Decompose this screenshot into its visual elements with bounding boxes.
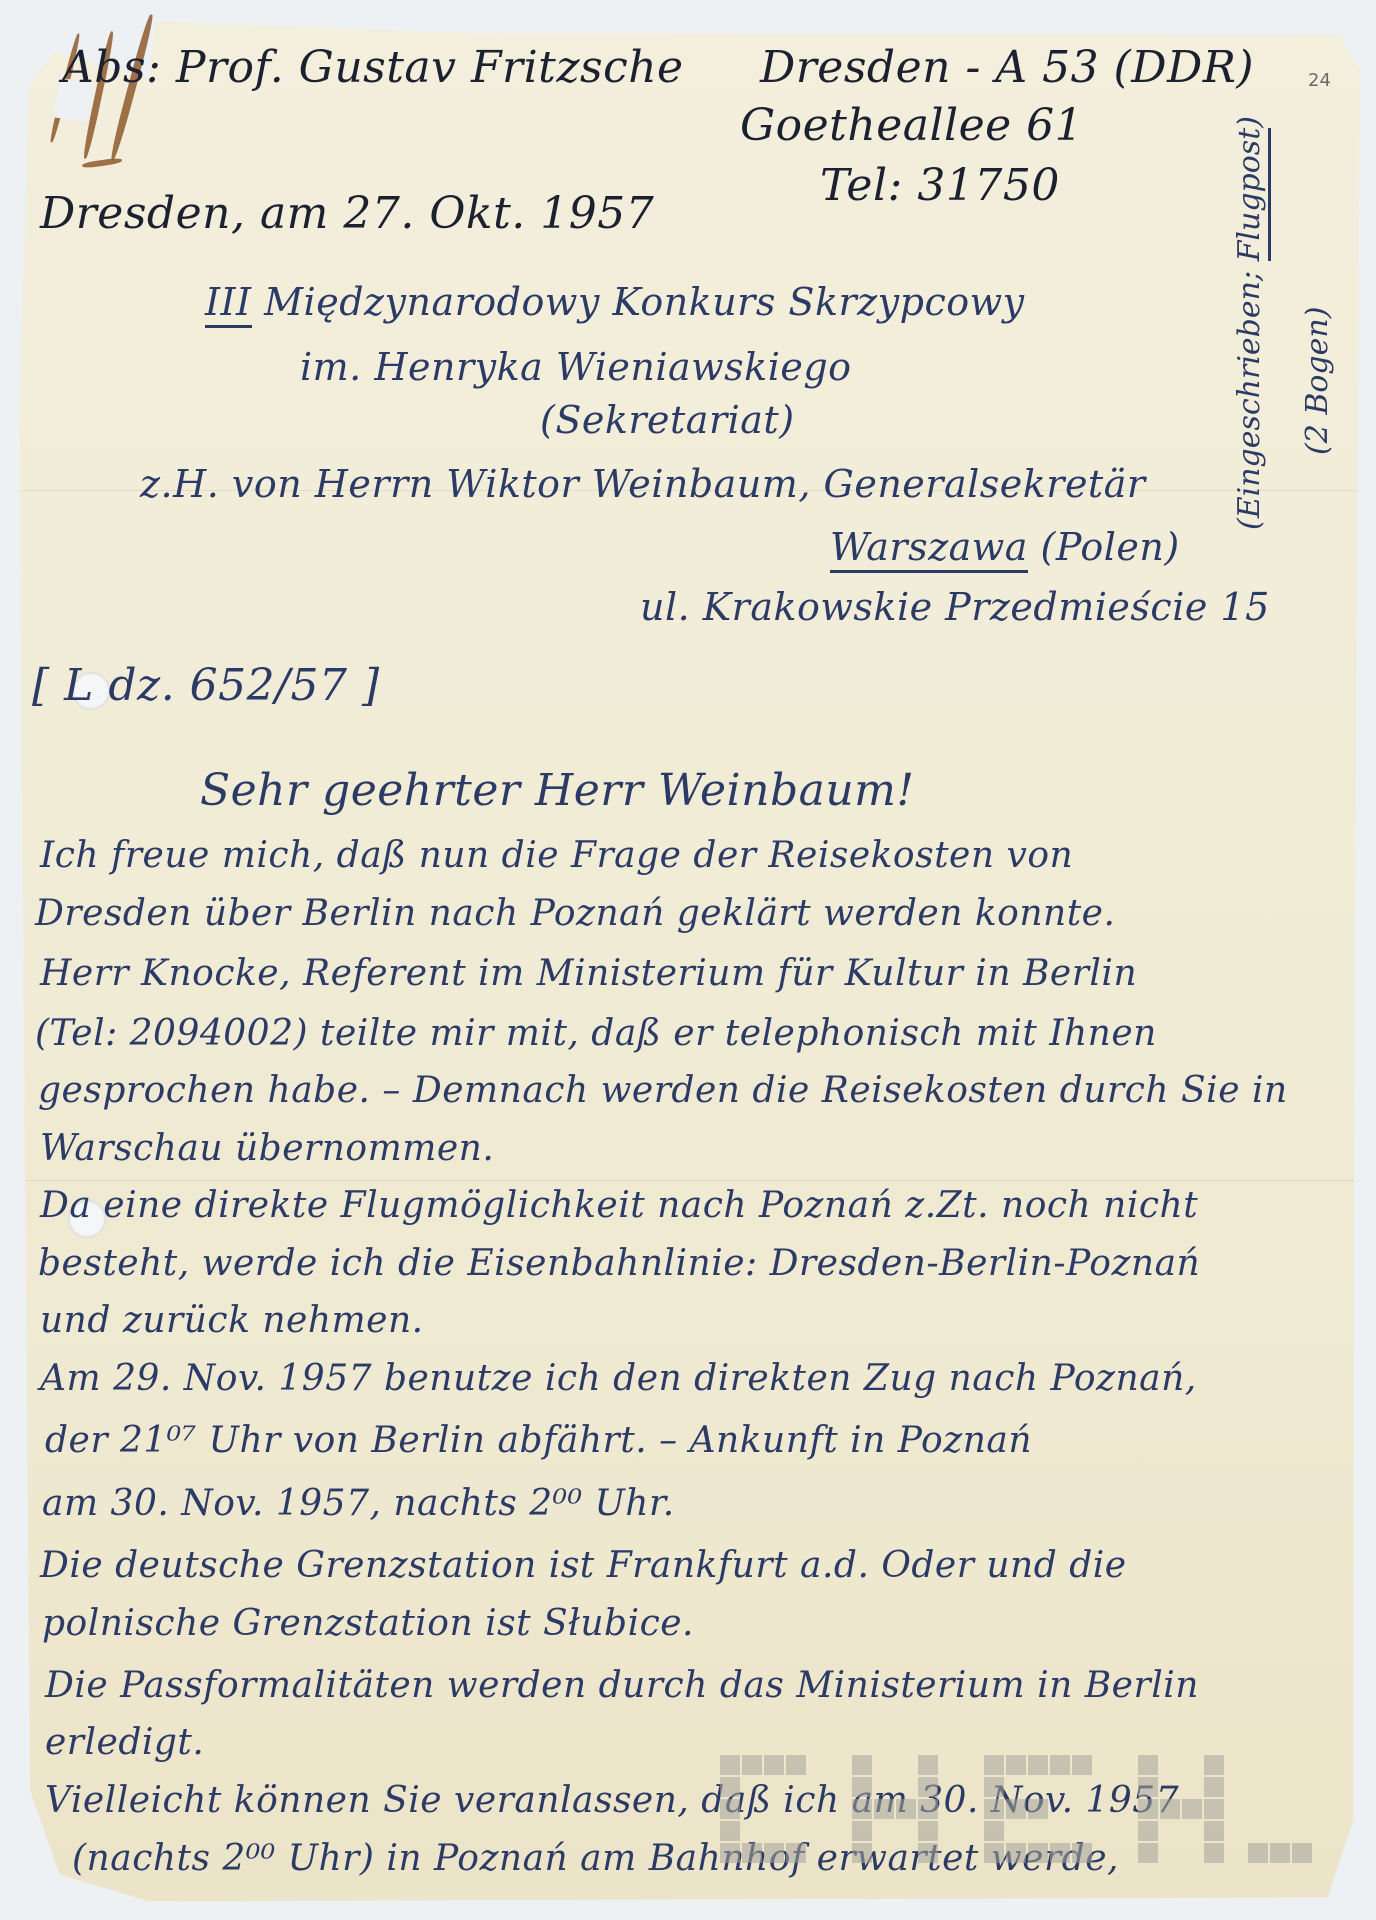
margin-note-sheets: (2 Bogen): [1300, 307, 1335, 455]
date-line: Dresden, am 27. Okt. 1957: [40, 188, 654, 239]
salutation: Sehr geehrter Herr Weinbaum!: [200, 765, 915, 816]
sender-name-line: Abs: Prof. Gustav Fritzsche: [62, 42, 684, 93]
recipient-city: Warszawa: [830, 525, 1028, 573]
body-line: polnische Grenzstation ist Słubice.: [42, 1603, 694, 1644]
sender-city: Dresden - A 53 (DDR): [760, 42, 1254, 93]
watermark-logo: [720, 1755, 1312, 1863]
recipient-line-1: III Międzynarodowy Konkurs Skrzypcowy: [205, 280, 1025, 324]
recipient-line-6: ul. Krakowskie Przedmieście 15: [640, 585, 1270, 629]
recipient-line-4: z.H. von Herrn Wiktor Weinbaum, Generals…: [140, 462, 1146, 506]
body-line: Die deutsche Grenzstation ist Frankfurt …: [40, 1545, 1127, 1586]
sender-name: Prof. Gustav Fritzsche: [176, 42, 684, 93]
recipient-line-2: im. Henryka Wieniawskiego: [300, 345, 852, 389]
body-line: Da eine direkte Flugmöglichkeit nach Poz…: [40, 1185, 1198, 1226]
recipient-country: (Polen): [1041, 525, 1180, 569]
paper-fold: [14, 1180, 1360, 1181]
recipient-line-5: Warszawa (Polen): [830, 525, 1180, 569]
body-line: am 30. Nov. 1957, nachts 2⁰⁰ Uhr.: [42, 1483, 675, 1524]
reference-number: [ L dz. 652/57 ]: [32, 660, 380, 711]
body-line: (Tel: 2094002) teilte mir mit, daß er te…: [35, 1013, 1157, 1054]
body-line: besteht, werde ich die Eisenbahnlinie: D…: [38, 1243, 1200, 1284]
body-line: der 21⁰⁷ Uhr von Berlin abfährt. – Ankun…: [45, 1420, 1032, 1461]
sender-street: Goetheallee 61: [740, 100, 1083, 151]
body-line: Am 29. Nov. 1957 benutze ich den direkte…: [40, 1358, 1197, 1399]
body-line: gesprochen habe. – Demnach werden die Re…: [38, 1070, 1288, 1111]
competition-name: Międzynarodowy Konkurs Skrzypcowy: [264, 280, 1024, 324]
edition-roman: III: [205, 280, 252, 328]
page-number-mark: 24: [1308, 70, 1331, 91]
margin-note-registered: (Eingeschrieben; Flugpost): [1232, 116, 1267, 530]
sender-phone: Tel: 31750: [820, 160, 1060, 211]
body-line: Herr Knocke, Referent im Ministerium für…: [40, 953, 1137, 994]
body-line: und zurück nehmen.: [40, 1300, 424, 1341]
recipient-line-3: (Sekretariat): [540, 398, 795, 442]
body-line: Die Passformalitäten werden durch das Mi…: [45, 1665, 1199, 1706]
body-line: Dresden über Berlin nach Poznań geklärt …: [35, 893, 1115, 934]
sender-label: Abs:: [62, 42, 161, 93]
body-line: Warschau übernommen.: [40, 1128, 494, 1169]
body-line: erledigt.: [45, 1722, 204, 1763]
body-line: Ich freue mich, daß nun die Frage der Re…: [40, 835, 1073, 876]
